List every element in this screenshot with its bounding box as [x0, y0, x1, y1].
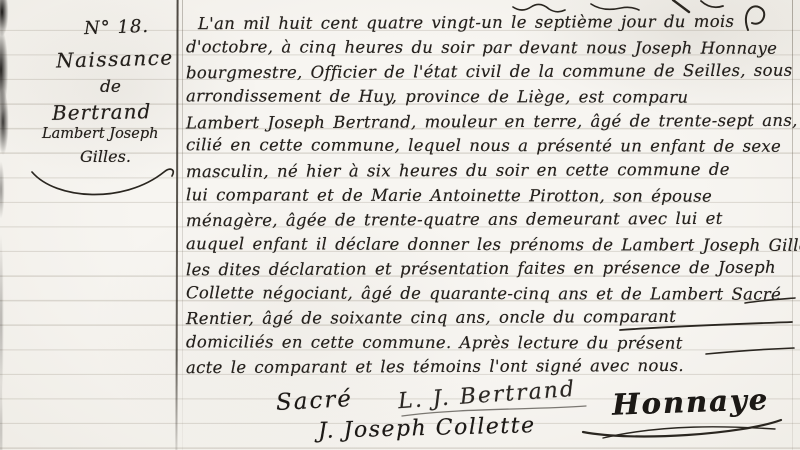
signature-sacre: Sacré	[275, 386, 353, 416]
register-page: N° 18. Naissance de Bertrand Lambert Jos…	[0, 0, 800, 450]
signature-flourish-underline	[575, 412, 793, 444]
signature-bertrand-tail	[400, 404, 590, 420]
line-filler-strokes	[0, 0, 800, 450]
